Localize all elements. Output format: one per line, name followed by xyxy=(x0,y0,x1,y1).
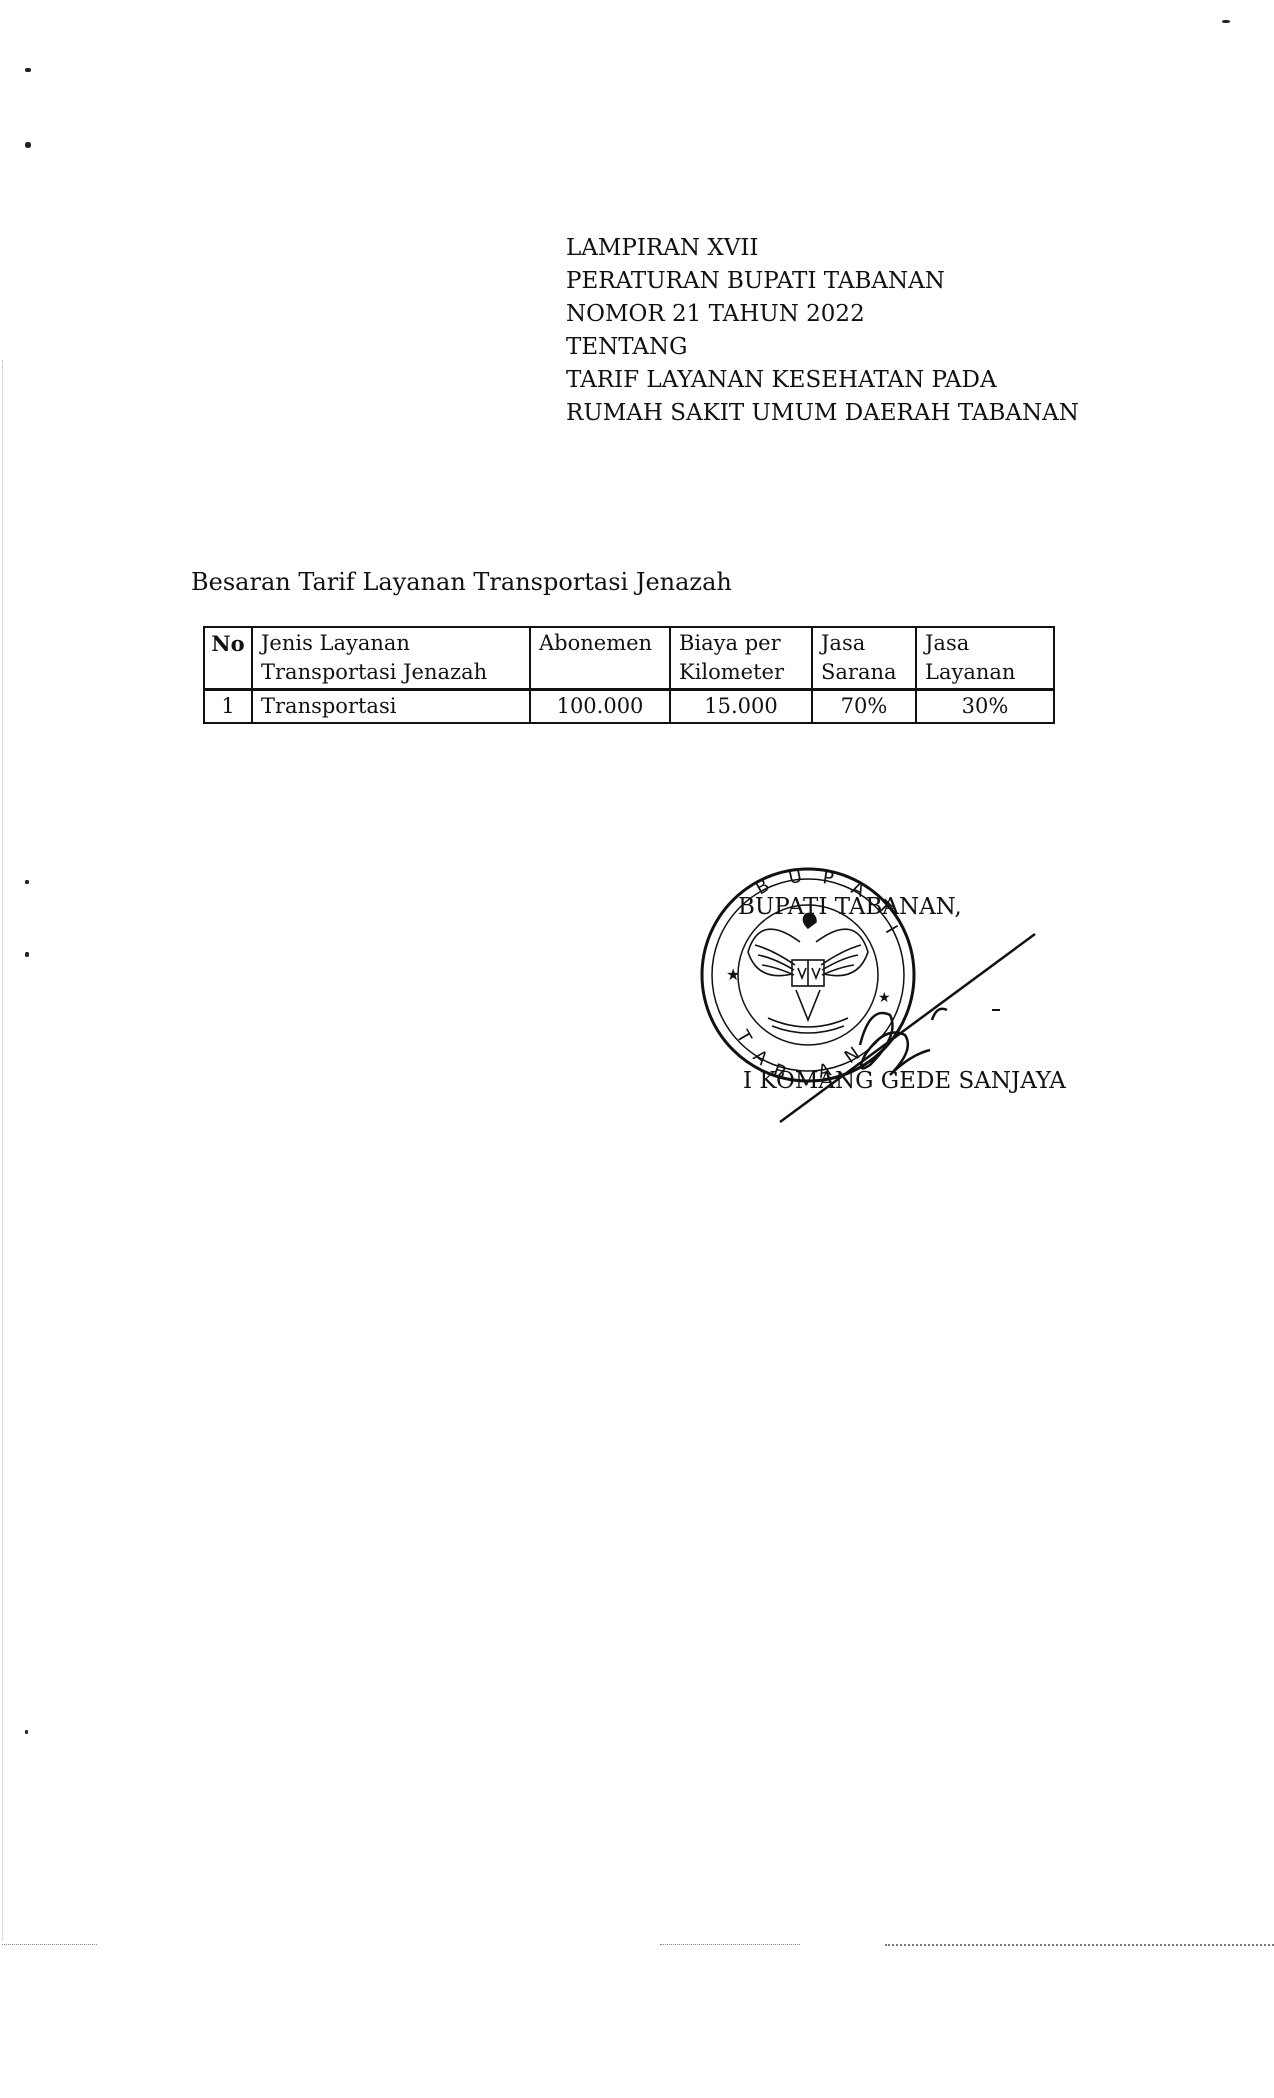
cell-jasa-layanan: 30% xyxy=(916,690,1054,724)
cell-no: 1 xyxy=(204,690,252,724)
scan-speck xyxy=(1222,20,1230,23)
svg-text:I: I xyxy=(881,922,902,937)
svg-text:T: T xyxy=(731,1026,756,1048)
attachment-header: LAMPIRAN XVII PERATURAN BUPATI TABANAN N… xyxy=(566,232,1079,430)
column-header-jasa-sarana: Jasa Sarana xyxy=(812,627,916,690)
header-line-tentang: TENTANG xyxy=(566,331,1079,364)
header-line-peraturan: PERATURAN BUPATI TABANAN xyxy=(566,265,1079,298)
scan-bottom-rule xyxy=(2,1944,97,1946)
scan-speck xyxy=(25,142,31,148)
signatory-title: BUPATI TABANAN, xyxy=(738,894,962,920)
tariff-table: No Jenis Layanan Transportasi Jenazah Ab… xyxy=(203,626,1055,724)
header-line-lampiran: LAMPIRAN XVII xyxy=(566,232,1079,265)
scan-bottom-rule xyxy=(660,1944,800,1946)
signature-block: B U P A T I T A B A N ★ ★ xyxy=(700,850,1120,1130)
table-header-row: No Jenis Layanan Transportasi Jenazah Ab… xyxy=(204,627,1054,690)
table-row: 1 Transportasi 100.000 15.000 70% 30% xyxy=(204,690,1054,724)
cell-abonemen: 100.000 xyxy=(530,690,670,724)
scan-speck xyxy=(25,68,31,72)
star-icon: ★ xyxy=(726,965,740,984)
signatory-name: I KOMANG GEDE SANJAYA xyxy=(743,1068,1066,1094)
star-icon: ★ xyxy=(878,990,891,1006)
header-line-nomor: NOMOR 21 TAHUN 2022 xyxy=(566,298,1079,331)
scan-speck xyxy=(25,952,29,957)
scan-speck xyxy=(25,880,29,884)
cell-jenis-layanan: Transportasi xyxy=(252,690,530,724)
cell-biaya-per-km: 15.000 xyxy=(670,690,812,724)
header-line-subject-1: TARIF LAYANAN KESEHATAN PADA xyxy=(566,364,1079,397)
scan-bottom-rule xyxy=(885,1944,1274,1947)
scan-margin-line xyxy=(2,360,4,1940)
table-title: Besaran Tarif Layanan Transportasi Jenaz… xyxy=(191,568,732,596)
cell-jasa-sarana: 70% xyxy=(812,690,916,724)
header-line-subject-2: RUMAH SAKIT UMUM DAERAH TABANAN xyxy=(566,397,1079,430)
garuda-emblem-icon xyxy=(748,914,868,1033)
svg-text:P: P xyxy=(821,867,835,889)
column-header-abonemen: Abonemen xyxy=(530,627,670,690)
column-header-jasa-layanan: Jasa Layanan xyxy=(916,627,1054,690)
column-header-no: No xyxy=(204,627,252,690)
column-header-biaya-per-km: Biaya per Kilometer xyxy=(670,627,812,690)
column-header-jenis-layanan: Jenis Layanan Transportasi Jenazah xyxy=(252,627,530,690)
scan-speck xyxy=(25,1730,28,1734)
